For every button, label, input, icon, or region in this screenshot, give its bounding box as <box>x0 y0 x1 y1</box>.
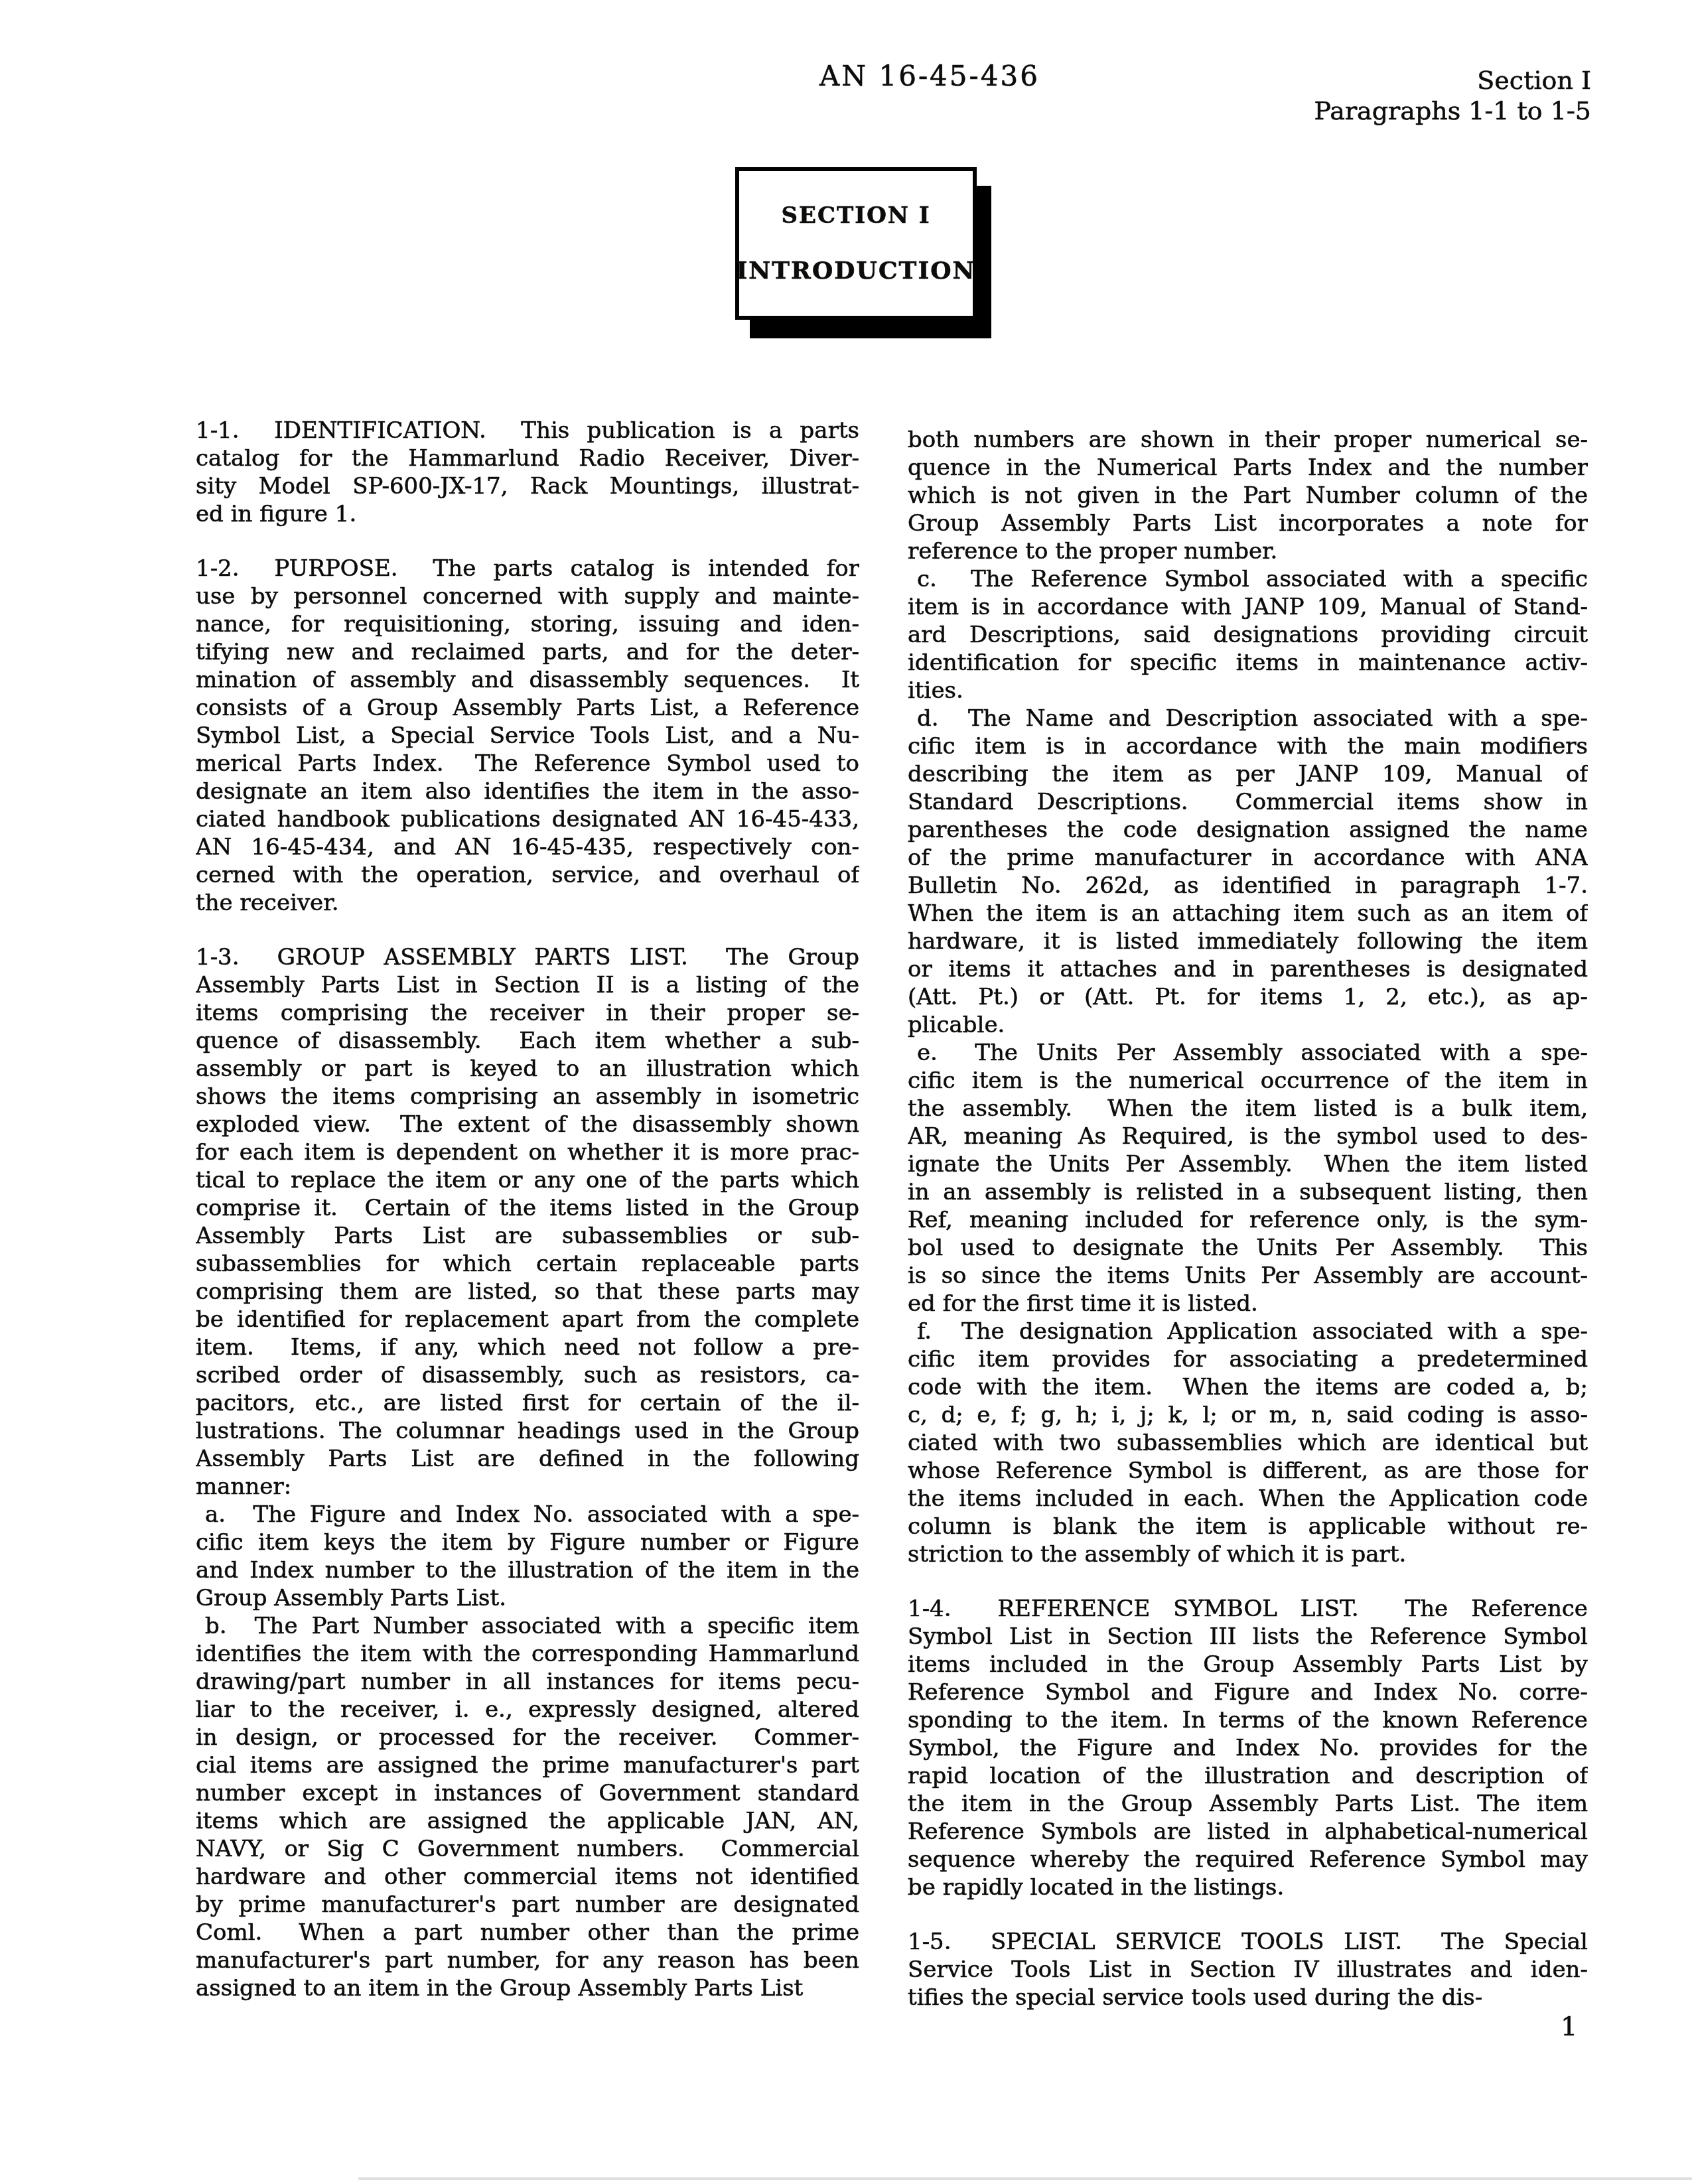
text-line: cific item keys the item by Figure numbe… <box>196 1529 859 1556</box>
text-line: Symbol List, a Special Service Tools Lis… <box>196 722 859 750</box>
text-line: nance, for requisitioning, storing, issu… <box>196 610 859 638</box>
text-line: c, d; e, f; g, h; i, j; k, l; or m, n, s… <box>908 1401 1588 1429</box>
text-line: of the prime manufacturer in accordance … <box>908 844 1588 872</box>
text-line: tical to replace the item or any one of … <box>196 1166 859 1194</box>
paragraph: both numbers are shown in their proper n… <box>908 426 1588 565</box>
text-line: be rapidly located in the listings. <box>908 1874 1588 1901</box>
text-line: quence of disassembly. Each item whether… <box>196 1027 859 1055</box>
text-line: Reference Symbols are listed in alphabet… <box>908 1818 1588 1846</box>
text-line: Bulletin No. 262d, as identified in para… <box>908 872 1588 900</box>
text-line: exploded view. The extent of the disasse… <box>196 1111 859 1138</box>
paragraph: f. The designation Application associate… <box>908 1318 1588 1568</box>
text-line: a. The Figure and Index No. associated w… <box>196 1501 859 1529</box>
text-line: e. The Units Per Assembly associated wit… <box>908 1039 1588 1067</box>
text-line: sity Model SP-600-JX-17, Rack Mountings,… <box>196 472 859 500</box>
text-line: striction to the assembly of which it is… <box>908 1540 1588 1568</box>
text-line: catalog for the Hammarlund Radio Receive… <box>196 444 859 472</box>
text-line: lustrations. The columnar headings used … <box>196 1417 859 1445</box>
header-section-label: Section I <box>1314 65 1591 96</box>
paragraph: 1-4. REFERENCE SYMBOL LIST. The Referenc… <box>908 1595 1588 1901</box>
text-line: both numbers are shown in their proper n… <box>908 426 1588 454</box>
text-line: drawing/part number in all instances for… <box>196 1668 859 1696</box>
paragraph: 1-3. GROUP ASSEMBLY PARTS LIST. The Grou… <box>196 943 859 1501</box>
text-line: 1-1. IDENTIFICATION. This publication is… <box>196 417 859 444</box>
section-box-subtitle: INTRODUCTION <box>737 257 976 285</box>
page-number: 1 <box>1561 2012 1577 2042</box>
text-line: and Index number to the illustration of … <box>196 1556 859 1584</box>
text-line: for each item is dependent on whether it… <box>196 1138 859 1166</box>
paragraph: 1-1. IDENTIFICATION. This publication is… <box>196 417 859 528</box>
text-line: whose Reference Symbol is different, as … <box>908 1457 1588 1485</box>
text-line: When the item is an attaching item such … <box>908 900 1588 927</box>
text-line: designate an item also identifies the it… <box>196 778 859 805</box>
text-line: shows the items comprising an assembly i… <box>196 1083 859 1111</box>
document-page: AN 16-45-436 Section I Paragraphs 1-1 to… <box>0 0 1692 2184</box>
text-line: Assembly Parts List are defined in the f… <box>196 1445 859 1473</box>
text-line: c. The Reference Symbol associated with … <box>908 565 1588 593</box>
text-line: item. Items, if any, which need not foll… <box>196 1333 859 1361</box>
text-line: Symbol List in Section III lists the Ref… <box>908 1623 1588 1651</box>
text-line: assembly or part is keyed to an illustra… <box>196 1055 859 1083</box>
text-line: the receiver. <box>196 889 859 917</box>
text-line: 1-5. SPECIAL SERVICE TOOLS LIST. The Spe… <box>908 1928 1588 1956</box>
header-paragraphs-label: Paragraphs 1-1 to 1-5 <box>1314 96 1591 126</box>
column-left: 1-1. IDENTIFICATION. This publication is… <box>196 417 859 2002</box>
text-line: (Att. Pt.) or (Att. Pt. for items 1, 2, … <box>908 983 1588 1011</box>
text-line: merical Parts Index. The Reference Symbo… <box>196 750 859 778</box>
text-line: in an assembly is relisted in a subseque… <box>908 1178 1588 1206</box>
text-line: ed for the first time it is listed. <box>908 1290 1588 1318</box>
doc-number: AN 16-45-436 <box>819 60 1040 92</box>
text-line: parentheses the code designation assigne… <box>908 816 1588 844</box>
text-line: mination of assembly and disassembly seq… <box>196 666 859 694</box>
text-line: Assembly Parts List in Section II is a l… <box>196 971 859 999</box>
text-line: Group Assembly Parts List. <box>196 1584 859 1612</box>
column-right: both numbers are shown in their proper n… <box>908 426 1588 2012</box>
text-line: or items it attaches and in parentheses … <box>908 955 1588 983</box>
text-line: Service Tools List in Section IV illustr… <box>908 1956 1588 1984</box>
text-line: the assembly. When the item listed is a … <box>908 1095 1588 1123</box>
text-line: items included in the Group Assembly Par… <box>908 1651 1588 1678</box>
text-line: which is not given in the Part Number co… <box>908 482 1588 510</box>
text-line: identifies the item with the correspondi… <box>196 1640 859 1668</box>
text-line: reference to the proper number. <box>908 537 1588 565</box>
text-line: ciated with two subassemblies which are … <box>908 1429 1588 1457</box>
text-line: describing the item as per JANP 109, Man… <box>908 760 1588 788</box>
text-line: pacitors, etc., are listed first for cer… <box>196 1389 859 1417</box>
text-line: ard Descriptions, said designations prov… <box>908 621 1588 649</box>
text-line: is so since the items Units Per Assembly… <box>908 1262 1588 1290</box>
text-line: code with the item. When the items are c… <box>908 1373 1588 1401</box>
text-line: rapid location of the illustration and d… <box>908 1762 1588 1790</box>
header-right: Section I Paragraphs 1-1 to 1-5 <box>1314 65 1591 126</box>
text-line: ities. <box>908 677 1588 705</box>
text-line: tifies the special service tools used du… <box>908 1984 1588 2012</box>
text-line: ed in figure 1. <box>196 500 859 528</box>
paragraph: 1-2. PURPOSE. The parts catalog is inten… <box>196 555 859 917</box>
paragraph: e. The Units Per Assembly associated wit… <box>908 1039 1588 1318</box>
text-line: the item in the Group Assembly Parts Lis… <box>908 1790 1588 1818</box>
text-line: b. The Part Number associated with a spe… <box>196 1612 859 1640</box>
text-line: AN 16-45-434, and AN 16-45-435, respecti… <box>196 833 859 861</box>
section-box-title: SECTION I <box>781 202 930 229</box>
text-line: the items included in each. When the App… <box>908 1485 1588 1513</box>
text-line: d. The Name and Description associated w… <box>908 705 1588 732</box>
text-line: assigned to an item in the Group Assembl… <box>196 1974 859 2002</box>
text-line: Assembly Parts List are subassemblies or… <box>196 1222 859 1250</box>
text-line: Reference Symbol and Figure and Index No… <box>908 1678 1588 1706</box>
text-line: Standard Descriptions. Commercial items … <box>908 788 1588 816</box>
text-line: consists of a Group Assembly Parts List,… <box>196 694 859 722</box>
text-line: ciated handbook publications designated … <box>196 805 859 833</box>
text-line: manufacturer's part number, for any reas… <box>196 1946 859 1974</box>
scan-edge-artifact <box>358 2177 1692 2180</box>
text-line: tifying new and reclaimed parts, and for… <box>196 638 859 666</box>
text-line: ignate the Units Per Assembly. When the … <box>908 1150 1588 1178</box>
paragraph: a. The Figure and Index No. associated w… <box>196 1501 859 1612</box>
text-line: items which are assigned the applicable … <box>196 1807 859 1835</box>
text-line: cerned with the operation, service, and … <box>196 861 859 889</box>
text-line: item is in accordance with JANP 109, Man… <box>908 593 1588 621</box>
text-line: items comprising the receiver in their p… <box>196 999 859 1027</box>
text-line: Coml. When a part number other than the … <box>196 1919 859 1946</box>
text-line: quence in the Numerical Parts Index and … <box>908 454 1588 482</box>
text-line: cific item provides for associating a pr… <box>908 1345 1588 1373</box>
text-line: hardware and other commercial items not … <box>196 1863 859 1891</box>
paragraph: b. The Part Number associated with a spe… <box>196 1612 859 2002</box>
text-line: Symbol, the Figure and Index No. provide… <box>908 1734 1588 1762</box>
text-line: plicable. <box>908 1011 1588 1039</box>
text-line: sequence whereby the required Reference … <box>908 1846 1588 1874</box>
text-line: comprise it. Certain of the items listed… <box>196 1194 859 1222</box>
text-line: cific item is the numerical occurrence o… <box>908 1067 1588 1095</box>
text-line: liar to the receiver, i. e., expressly d… <box>196 1696 859 1724</box>
section-title-box: SECTION I INTRODUCTION <box>735 167 977 320</box>
text-line: identification for specific items in mai… <box>908 649 1588 677</box>
text-line: bol used to designate the Units Per Asse… <box>908 1234 1588 1262</box>
text-line: cial items are assigned the prime manufa… <box>196 1751 859 1779</box>
text-line: NAVY, or Sig C Government numbers. Comme… <box>196 1835 859 1863</box>
text-line: 1-2. PURPOSE. The parts catalog is inten… <box>196 555 859 582</box>
text-line: hardware, it is listed immediately follo… <box>908 927 1588 955</box>
text-line: cific item is in accordance with the mai… <box>908 732 1588 760</box>
text-line: be identified for replacement apart from… <box>196 1306 859 1333</box>
text-line: subassemblies for which certain replacea… <box>196 1250 859 1278</box>
paragraph: 1-5. SPECIAL SERVICE TOOLS LIST. The Spe… <box>908 1928 1588 2012</box>
text-line: 1-4. REFERENCE SYMBOL LIST. The Referenc… <box>908 1595 1588 1623</box>
text-line: column is blank the item is applicable w… <box>908 1513 1588 1540</box>
text-line: AR, meaning As Required, is the symbol u… <box>908 1123 1588 1150</box>
text-line: Group Assembly Parts List incorporates a… <box>908 510 1588 537</box>
paragraph: c. The Reference Symbol associated with … <box>908 565 1588 705</box>
text-line: scribed order of disassembly, such as re… <box>196 1361 859 1389</box>
text-line: sponding to the item. In terms of the kn… <box>908 1706 1588 1734</box>
text-line: in design, or processed for the receiver… <box>196 1724 859 1751</box>
text-line: use by personnel concerned with supply a… <box>196 582 859 610</box>
text-line: number except in instances of Government… <box>196 1779 859 1807</box>
paragraph: d. The Name and Description associated w… <box>908 705 1588 1039</box>
text-line: f. The designation Application associate… <box>908 1318 1588 1345</box>
text-line: Ref, meaning included for reference only… <box>908 1206 1588 1234</box>
text-line: manner: <box>196 1473 859 1501</box>
text-line: by prime manufacturer's part number are … <box>196 1891 859 1919</box>
text-line: comprising them are listed, so that thes… <box>196 1278 859 1306</box>
text-line: 1-3. GROUP ASSEMBLY PARTS LIST. The Grou… <box>196 943 859 971</box>
